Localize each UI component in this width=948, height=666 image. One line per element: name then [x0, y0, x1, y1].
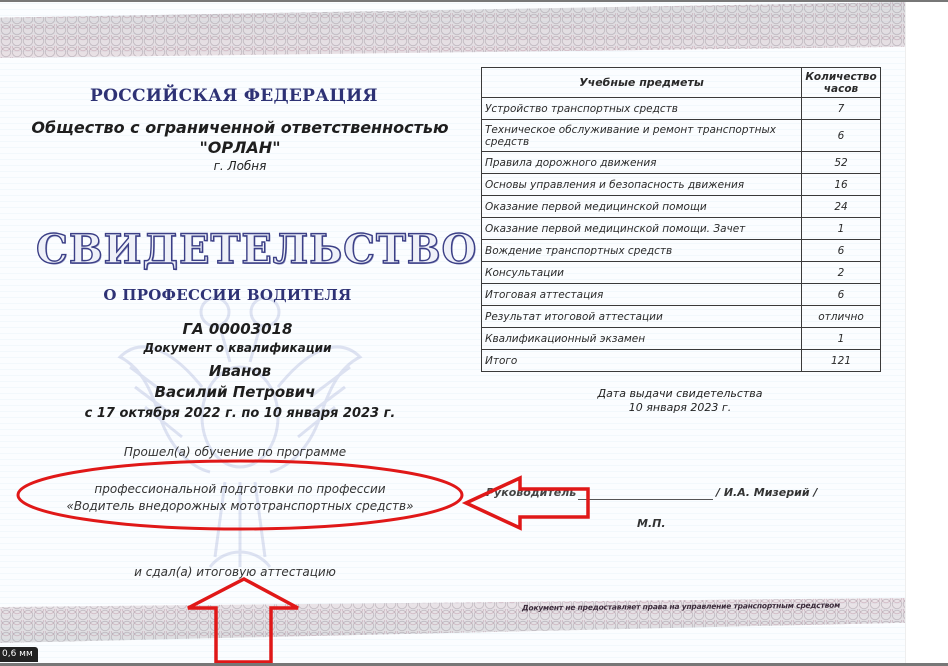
- serial-number: ГА 00003018: [150, 320, 325, 338]
- hours-cell: 1: [802, 218, 881, 240]
- issue-date: 10 января 2023 г.: [575, 401, 785, 415]
- signatory-name: / И.А. Мизерий /: [716, 486, 817, 499]
- table-row: Результат итоговой аттестацииотлично: [482, 306, 881, 328]
- double-headed-eagle-emblem-icon: [110, 267, 370, 587]
- certificate-page: РОССИЙСКАЯ ФЕДЕРАЦИЯ Общество с ограниче…: [0, 2, 948, 664]
- subject-cell: Итоговая аттестация: [482, 284, 802, 306]
- subject-cell: Оказание первой медицинской помощи. Заче…: [482, 218, 802, 240]
- subject-cell: Вождение транспортных средств: [482, 240, 802, 262]
- subject-cell: Оказание первой медицинской помощи: [482, 196, 802, 218]
- table-row: Техническое обслуживание и ремонт трансп…: [482, 120, 881, 152]
- zoom-level-indicator: 0,6 мм: [0, 647, 38, 662]
- hours-cell: 52: [802, 152, 881, 174]
- guilloche-border-top: [0, 2, 905, 58]
- exam-statement: и сдал(а) итоговую аттестацию: [90, 565, 380, 579]
- table-header-row: Учебные предметы Количество часов: [482, 68, 881, 98]
- holder-surname: Иванов: [160, 362, 320, 380]
- table-row: Квалификационный экзамен1: [482, 328, 881, 350]
- country-heading: РОССИЙСКАЯ ФЕДЕРАЦИЯ: [90, 86, 355, 106]
- subject-cell: Консультации: [482, 262, 802, 284]
- hours-cell: отлично: [802, 306, 881, 328]
- hours-cell: 6: [802, 284, 881, 306]
- document-viewer: РОССИЙСКАЯ ФЕДЕРАЦИЯ Общество с ограниче…: [0, 0, 948, 666]
- hours-cell: 6: [802, 240, 881, 262]
- table-row: Оказание первой медицинской помощи. Заче…: [482, 218, 881, 240]
- hours-header-line-1: Количество: [805, 71, 877, 83]
- holder-given-name: Василий Петрович: [130, 383, 340, 401]
- table-row: Правила дорожного движения52: [482, 152, 881, 174]
- training-statement: Прошел(а) обучение по программе: [100, 445, 370, 459]
- subject-cell: Устройство транспортных средств: [482, 98, 802, 120]
- organization-name: Общество с ограниченной ответственностью…: [20, 118, 460, 158]
- certificate-subtitle: О ПРОФЕССИИ ВОДИТЕЛЯ: [90, 286, 365, 304]
- subject-cell: Техническое обслуживание и ремонт трансп…: [482, 120, 802, 152]
- stamp-placeholder: М.П.: [637, 517, 666, 530]
- subject-cell: Основы управления и безопасность движени…: [482, 174, 802, 196]
- organization-line-1: Общество с ограниченной ответственностью: [20, 118, 460, 138]
- issue-date-block: Дата выдачи свидетельства 10 января 2023…: [575, 387, 785, 415]
- subject-column-header: Учебные предметы: [482, 68, 802, 98]
- training-period: с 17 октября 2022 г. по 10 января 2023 г…: [80, 406, 400, 421]
- page-edge: [905, 2, 948, 664]
- table-row: Итого121: [482, 350, 881, 372]
- hours-cell: 121: [802, 350, 881, 372]
- hours-cell: 2: [802, 262, 881, 284]
- program-line-2: «Водитель внедорожных мототранспортных с…: [30, 499, 450, 513]
- hours-cell: 16: [802, 174, 881, 196]
- subjects-table: Учебные предметы Количество часов Устрой…: [481, 67, 881, 372]
- program-line-1: профессиональной подготовки по профессии: [40, 482, 440, 496]
- hours-header-line-2: часов: [805, 83, 877, 95]
- table-row: Вождение транспортных средств6: [482, 240, 881, 262]
- certificate-title: СВИДЕТЕЛЬСТВО: [36, 226, 421, 273]
- document-type: Документ о квалификации: [120, 341, 355, 355]
- issue-date-label: Дата выдачи свидетельства: [575, 387, 785, 401]
- organization-line-2: "ОРЛАН": [20, 138, 460, 158]
- subject-cell: Итого: [482, 350, 802, 372]
- table-row: Оказание первой медицинской помощи24: [482, 196, 881, 218]
- table-row: Итоговая аттестация6: [482, 284, 881, 306]
- subject-cell: Квалификационный экзамен: [482, 328, 802, 350]
- city: г. Лобня: [190, 159, 290, 173]
- signature-label: Руководитель: [486, 486, 576, 499]
- hours-column-header: Количество часов: [802, 68, 881, 98]
- subject-cell: Результат итоговой аттестации: [482, 306, 802, 328]
- hours-cell: 24: [802, 196, 881, 218]
- table-row: Основы управления и безопасность движени…: [482, 174, 881, 196]
- signature-line: [578, 499, 713, 500]
- hours-cell: 7: [802, 98, 881, 120]
- hours-cell: 1: [802, 328, 881, 350]
- hours-cell: 6: [802, 120, 881, 152]
- table-row: Устройство транспортных средств7: [482, 98, 881, 120]
- table-row: Консультации2: [482, 262, 881, 284]
- subject-cell: Правила дорожного движения: [482, 152, 802, 174]
